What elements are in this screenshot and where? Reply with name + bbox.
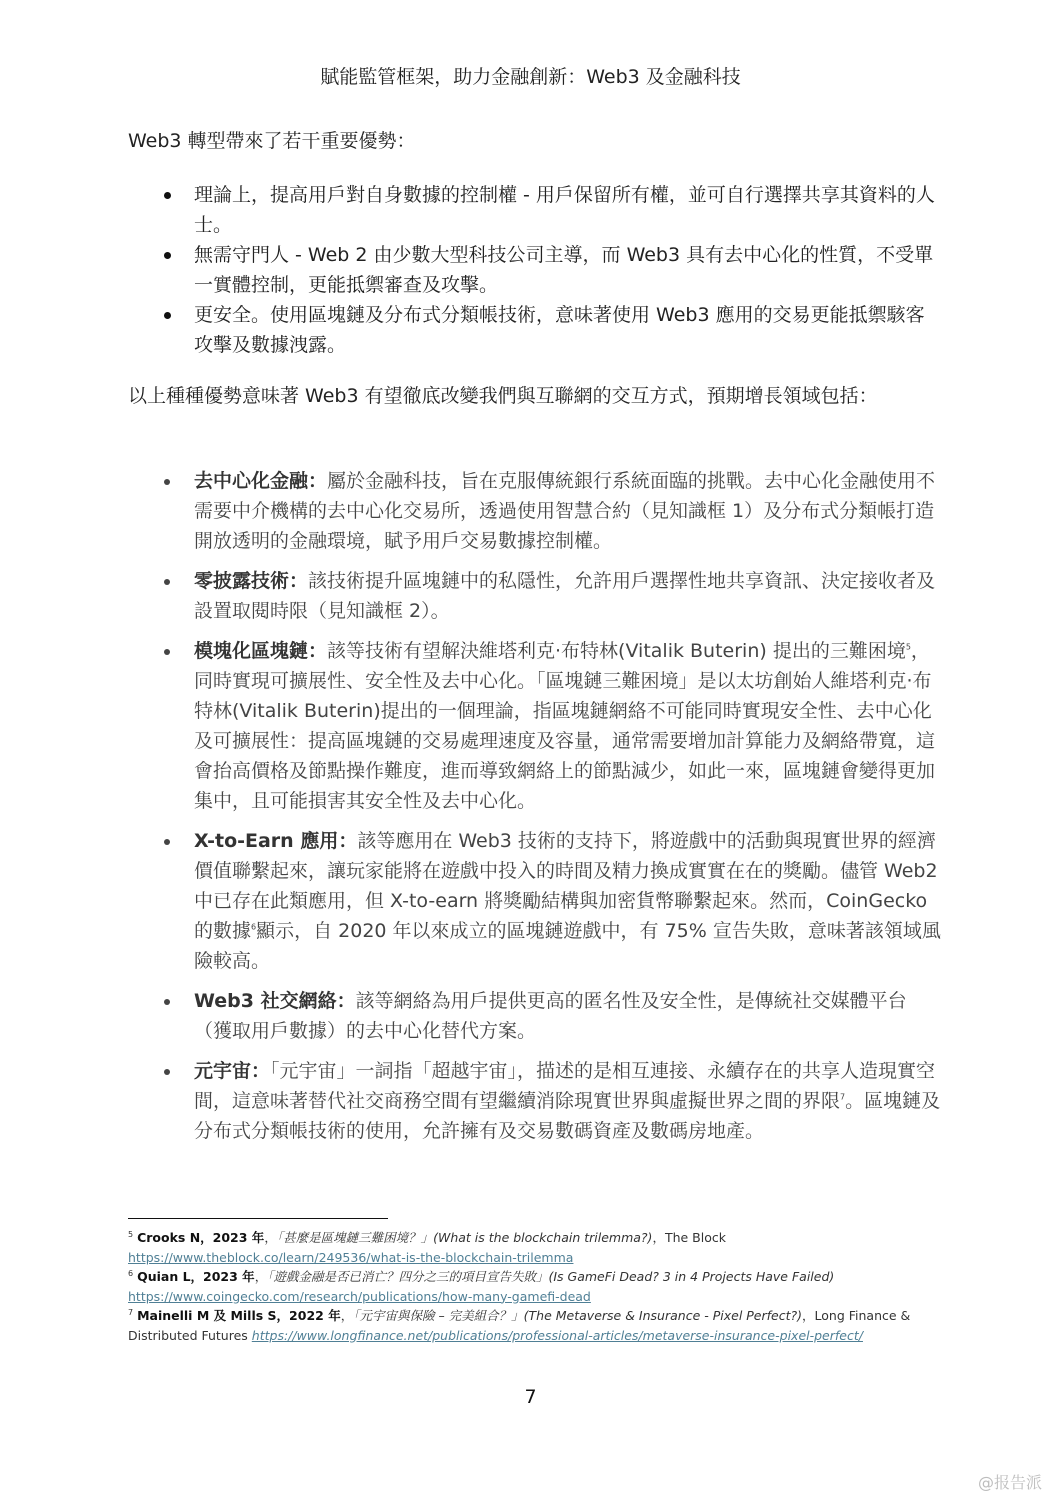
page-header-title: 賦能監管框架，助力金融創新：Web3 及金融科技 [0,62,1061,89]
advantages-list: 理論上，提高用戶對自身數據的控制權 - 用戶保留所有權，並可自行選擇共享其資料的… [128,180,943,360]
list-item-x-to-earn: X-to-Earn 應用：該等應用在 Web3 技術的支持下，將遊戲中的活動與現… [128,826,943,976]
footnote-7-url-line: Distributed Futures https://www.longfina… [128,1326,948,1346]
term-description-cont: ，同時實現可擴展性、安全性及去中心化。「區塊鏈三難困境」是以太坊創始人維塔利克·… [194,640,935,812]
footnote-source: ，The Block [652,1230,726,1245]
list-item-metaverse: 元宇宙：「元宇宙」一詞指「超越宇宙」，描述的是相互連接、永續存在的共享人造現實空… [128,1056,943,1146]
term-label: Web3 社交網絡： [194,990,356,1012]
separator: ， [341,1308,354,1323]
footnote-number: 6 [128,1269,133,1278]
list-item-defi: 去中心化金融：屬於金融科技，旨在克服傳統銀行系統面臨的挑戰。去中心化金融使用不需… [128,466,943,556]
term-label: 元宇宙： [194,1060,270,1082]
footnote-7: 7 Mainelli M 及 Mills S，2022 年，「元宇宙與保險 – … [128,1306,948,1326]
footnote-link[interactable]: https://www.coingecko.com/research/publi… [128,1289,591,1304]
footnotes: 5 Crooks N，2023 年，「甚麼是區塊鏈三難困境？」(What is … [128,1228,948,1345]
list-item-modular-blockchain: 模塊化區塊鏈：該等技術有望解決維塔利克·布特林(Vitalik Buterin)… [128,636,943,816]
footnote-title-en: (What is the blockchain trilemma?) [433,1230,652,1245]
separator: ， [255,1269,268,1284]
list-item-zero-knowledge: 零披露技術：該技術提升區塊鏈中的私隱性，允許用戶選擇性地共享資訊、決定接收者及設… [128,566,943,626]
footnote-number: 7 [128,1308,133,1317]
footnote-5-url-line: https://www.theblock.co/learn/249536/wha… [128,1248,948,1268]
list-item: 更安全。使用區塊鏈及分布式分類帳技術，意味著使用 Web3 應用的交易更能抵禦駭… [128,300,943,360]
footnote-title-zh: 「遊戲金融是否已消亡？四分之三的項目宣告失敗」 [267,1269,548,1284]
watermark: @报告派 [978,1470,1042,1493]
term-description-cont: 顯示，自 2020 年以來成立的區塊鏈遊戲中，有 75% 宣告失敗，意味著該領域… [194,920,941,972]
list-item: 理論上，提高用戶對自身數據的控制權 - 用戶保留所有權，並可自行選擇共享其資料的… [128,180,943,240]
footnote-title-zh: 「元宇宙與保險 – 完美組合？」 [353,1308,523,1323]
term-label: 去中心化金融： [194,470,327,492]
term-description: 該等技術有望解決維塔利克·布特林(Vitalik Buterin) 提出的三難困… [327,640,906,662]
growth-intro-paragraph: 以上種種優勢意味著 Web3 有望徹底改變我們與互聯網的交互方式，預期增長領域包… [128,381,938,411]
intro-paragraph: Web3 轉型帶來了若干重要優勢： [128,126,938,156]
footnote-6: 6 Quian L，2023 年，「遊戲金融是否已消亡？四分之三的項目宣告失敗」… [128,1267,948,1287]
term-label: 零披露技術： [194,570,308,592]
list-item-web3-social: Web3 社交網絡：該等網絡為用戶提供更高的匿名性及安全性，是傳統社交媒體平台（… [128,986,943,1046]
footnote-link[interactable]: https://www.longfinance.net/publications… [252,1328,863,1343]
page-number: 7 [0,1386,1061,1408]
footnote-title-en: (The Metaverse & Insurance - Pixel Perfe… [524,1308,802,1323]
term-description: 「元宇宙」一詞指「超越宇宙」，描述的是相互連接、永續存在的共享人造現實空間，這意… [194,1060,935,1112]
footnote-title-zh: 「甚麼是區塊鏈三難困境？」 [277,1230,433,1245]
footnote-divider [128,1218,388,1219]
footnote-5: 5 Crooks N，2023 年，「甚麼是區塊鏈三難困境？」(What is … [128,1228,948,1248]
term-label: 模塊化區塊鏈： [194,640,327,662]
footnote-author: Quian L，2023 年 [137,1269,255,1284]
footnote-link[interactable]: https://www.theblock.co/learn/249536/wha… [128,1250,573,1265]
footnote-author: Crooks N，2023 年 [137,1230,264,1245]
growth-areas-list: 去中心化金融：屬於金融科技，旨在克服傳統銀行系統面臨的挑戰。去中心化金融使用不需… [128,466,943,1156]
footnote-source-cont: Distributed Futures [128,1328,252,1343]
footnote-6-url-line: https://www.coingecko.com/research/publi… [128,1287,948,1307]
term-label: X-to-Earn 應用： [194,830,357,852]
footnote-title-en: (Is GameFi Dead? 3 in 4 Projects Have Fa… [548,1269,834,1284]
footnote-number: 5 [128,1230,133,1239]
footnote-author: Mainelli M 及 Mills S，2022 年 [137,1308,341,1323]
separator: ， [264,1230,277,1245]
footnote-source: ，Long Finance & [802,1308,910,1323]
list-item: 無需守門人 - Web 2 由少數大型科技公司主導，而 Web3 具有去中心化的… [128,240,943,300]
